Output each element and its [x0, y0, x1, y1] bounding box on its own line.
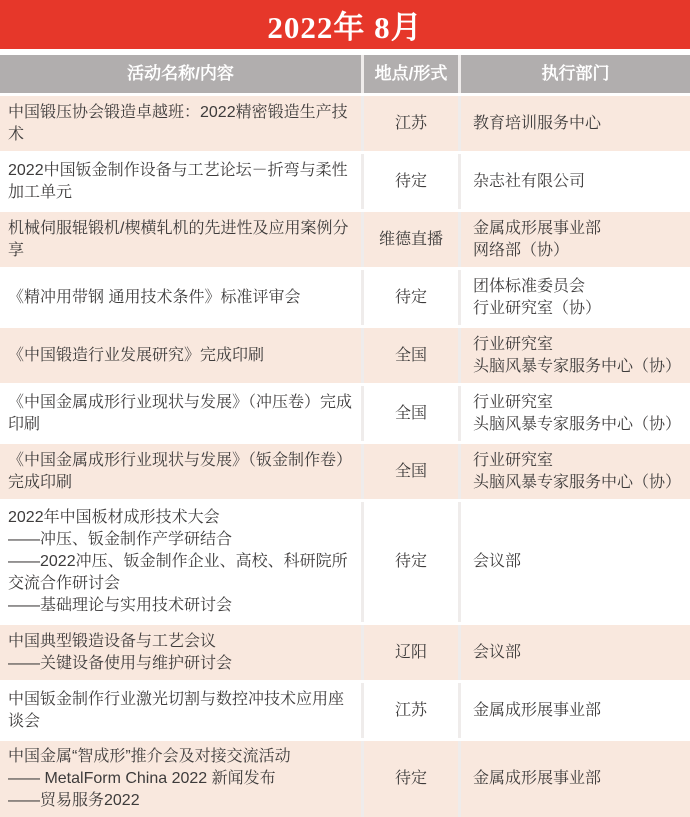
table-row: 《精冲用带钢 通用技术条件》标准评审会待定团体标准委员会 行业研究室（协） [0, 270, 690, 325]
activity-cell: 中国典型锻造设备与工艺会议 ——关键设备使用与维护研讨会 [0, 625, 361, 680]
department-cell: 金属成形展事业部 [461, 741, 690, 817]
activity-cell: 中国锻压协会锻造卓越班：2022精密锻造生产技术 [0, 96, 361, 151]
activity-cell: 机械伺服辊锻机/楔横轧机的先进性及应用案例分享 [0, 212, 361, 267]
department-cell: 行业研究室 头脑风暴专家服务中心（协） [461, 386, 690, 441]
department-cell: 团体标准委员会 行业研究室（协） [461, 270, 690, 325]
table-row: 《中国金属成形行业现状与发展》（冲压卷）完成印刷全国行业研究室 头脑风暴专家服务… [0, 386, 690, 441]
activities-table: 活动名称/内容 地点/形式 执行部门 中国锻压协会锻造卓越班：2022精密锻造生… [0, 55, 690, 817]
activity-cell: 2022年中国板材成形技术大会 ——冲压、钣金制作产学研结合 ——2022冲压、… [0, 502, 361, 622]
department-cell: 会议部 [461, 502, 690, 622]
page-title: 2022年 8月 [267, 2, 422, 47]
activity-cell: 2022中国钣金制作设备与工艺论坛－折弯与柔性加工单元 [0, 154, 361, 209]
table-row: 中国金属“智成形”推介会及对接交流活动 —— MetalForm China 2… [0, 741, 690, 817]
location-cell: 全国 [364, 386, 458, 441]
activity-cell: 中国钣金制作行业激光切割与数控冲技术应用座谈会 [0, 683, 361, 738]
location-cell: 全国 [364, 444, 458, 499]
schedule-page: 2022年 8月 活动名称/内容 地点/形式 执行部门 中国锻压协会锻造卓越班：… [0, 0, 690, 817]
activity-cell: 《中国锻造行业发展研究》完成印刷 [0, 328, 361, 383]
header-activity: 活动名称/内容 [0, 55, 361, 93]
department-cell: 会议部 [461, 625, 690, 680]
location-cell: 江苏 [364, 96, 458, 151]
activity-cell: 《中国金属成形行业现状与发展》（钣金制作卷）完成印刷 [0, 444, 361, 499]
table-row: 《中国锻造行业发展研究》完成印刷全国行业研究室 头脑风暴专家服务中心（协） [0, 328, 690, 383]
table-row: 机械伺服辊锻机/楔横轧机的先进性及应用案例分享维德直播金属成形展事业部 网络部（… [0, 212, 690, 267]
table-row: 2022年中国板材成形技术大会 ——冲压、钣金制作产学研结合 ——2022冲压、… [0, 502, 690, 622]
table-row: 《中国金属成形行业现状与发展》（钣金制作卷）完成印刷全国行业研究室 头脑风暴专家… [0, 444, 690, 499]
location-cell: 维德直播 [364, 212, 458, 267]
header-location: 地点/形式 [364, 55, 458, 93]
department-cell: 行业研究室 头脑风暴专家服务中心（协） [461, 444, 690, 499]
location-cell: 辽阳 [364, 625, 458, 680]
department-cell: 教育培训服务中心 [461, 96, 690, 151]
department-cell: 行业研究室 头脑风暴专家服务中心（协） [461, 328, 690, 383]
department-cell: 金属成形展事业部 网络部（协） [461, 212, 690, 267]
location-cell: 待定 [364, 270, 458, 325]
department-cell: 金属成形展事业部 [461, 683, 690, 738]
table-row: 中国典型锻造设备与工艺会议 ——关键设备使用与维护研讨会辽阳会议部 [0, 625, 690, 680]
table-header-row: 活动名称/内容 地点/形式 执行部门 [0, 55, 690, 93]
activity-cell: 中国金属“智成形”推介会及对接交流活动 —— MetalForm China 2… [0, 741, 361, 817]
table-row: 中国锻压协会锻造卓越班：2022精密锻造生产技术江苏教育培训服务中心 [0, 96, 690, 151]
activity-cell: 《精冲用带钢 通用技术条件》标准评审会 [0, 270, 361, 325]
header-department: 执行部门 [461, 55, 690, 93]
table-row: 中国钣金制作行业激光切割与数控冲技术应用座谈会江苏金属成形展事业部 [0, 683, 690, 738]
location-cell: 江苏 [364, 683, 458, 738]
location-cell: 待定 [364, 741, 458, 817]
location-cell: 全国 [364, 328, 458, 383]
activity-cell: 《中国金属成形行业现状与发展》（冲压卷）完成印刷 [0, 386, 361, 441]
location-cell: 待定 [364, 154, 458, 209]
month-title-bar: 2022年 8月 [0, 0, 690, 49]
table-row: 2022中国钣金制作设备与工艺论坛－折弯与柔性加工单元待定杂志社有限公司 [0, 154, 690, 209]
location-cell: 待定 [364, 502, 458, 622]
department-cell: 杂志社有限公司 [461, 154, 690, 209]
